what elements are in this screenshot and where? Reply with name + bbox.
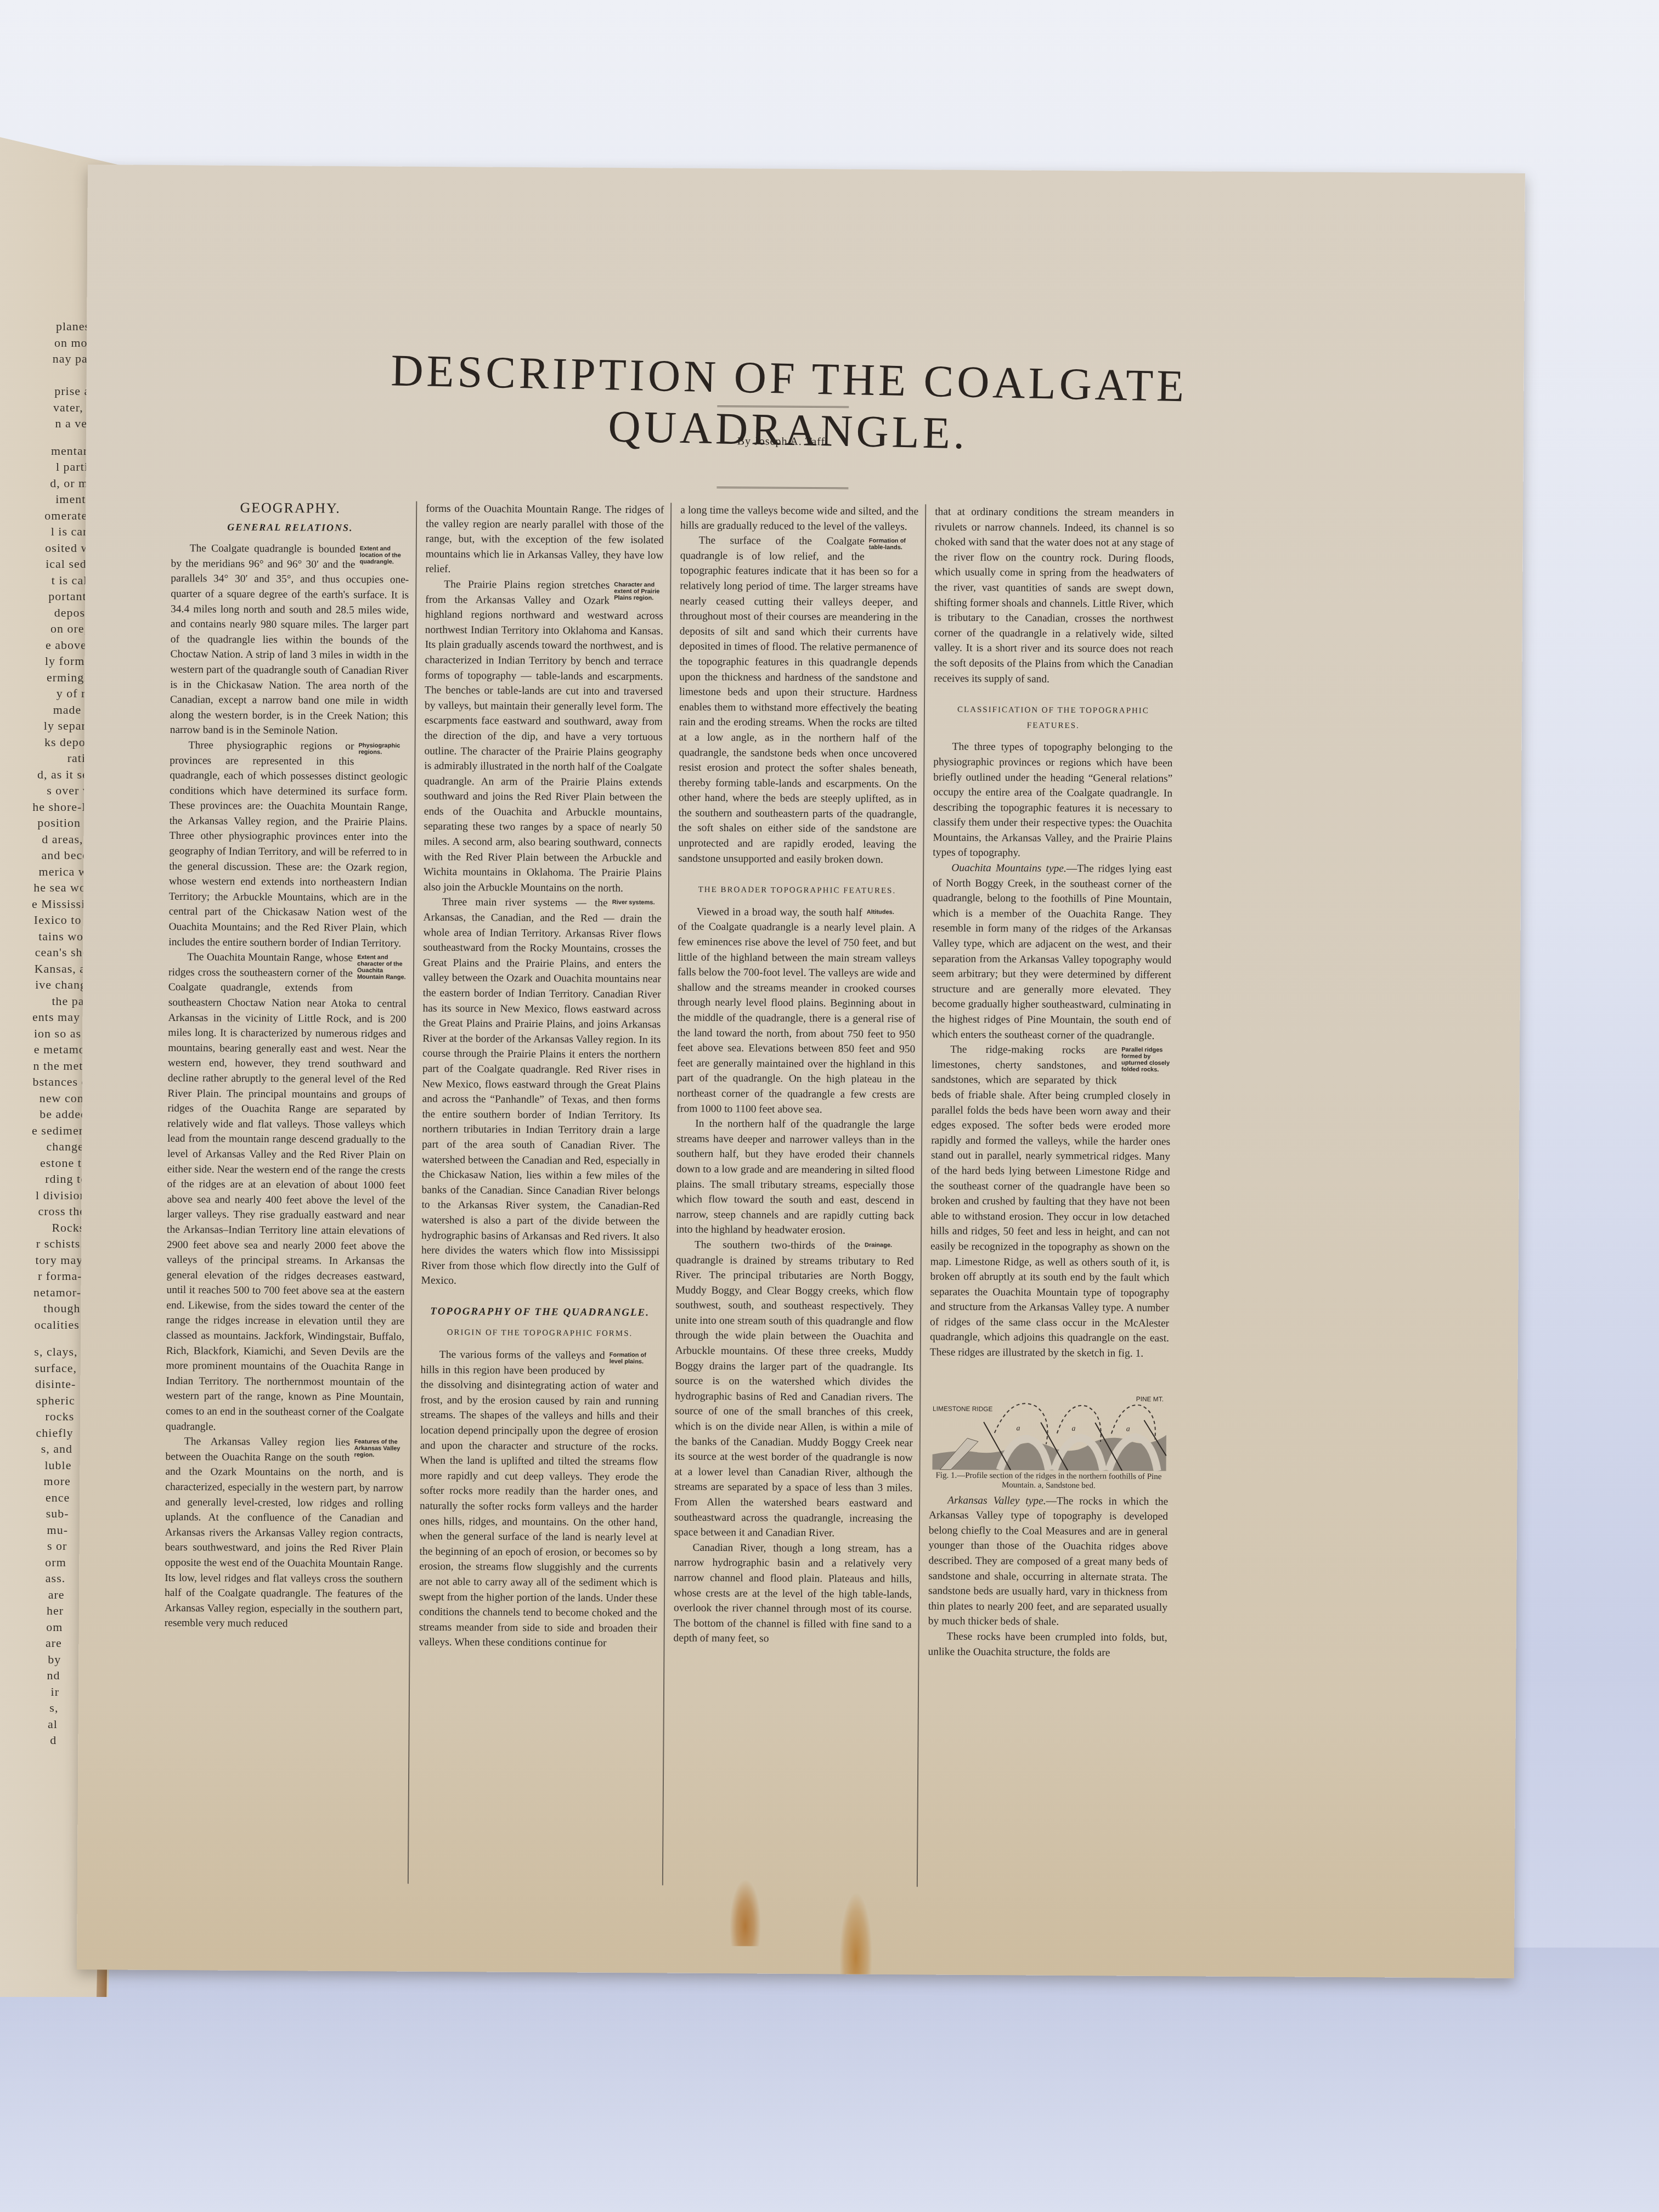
text-columns: GEOGRAPHY. GENERAL RELATIONS. Extent and… [154, 500, 1435, 1890]
paragraph: Parallel ridges formed by upturned close… [930, 1042, 1171, 1362]
paragraph-text: a long time the valleys become wide and … [680, 505, 918, 533]
paragraph: The three types of topography belonging … [933, 740, 1172, 862]
paragraph-text: The three types of topography belonging … [933, 741, 1172, 859]
paragraph-text: —The ridges lying east of North Boggy Cr… [932, 863, 1172, 1042]
column-3: a long time the valleys become wide and … [663, 503, 926, 1887]
paragraph: that at ordinary conditions the stream m… [934, 504, 1174, 687]
margin-note: Physiographic regions. [358, 742, 408, 756]
water-stain [730, 1880, 761, 1946]
figure-caption: Fig. 1.—Profile section of the ridges in… [929, 1471, 1168, 1491]
margin-note: Parallel ridges formed by upturned close… [1121, 1047, 1171, 1074]
column-4: that at ordinary conditions the stream m… [918, 504, 1181, 1888]
divider [717, 405, 849, 411]
paragraph-text: Three main river systems — the Arkansas,… [421, 896, 662, 1286]
margin-note: Extent and character of the Ouachita Mou… [357, 954, 407, 981]
paragraph-text: In the northern half of the quadrangle t… [676, 1118, 915, 1237]
svg-text:a: a [1072, 1425, 1076, 1433]
margin-note: Character and extent of Prairie Plains r… [614, 582, 663, 602]
section-heading-geography: GEOGRAPHY. [171, 500, 409, 516]
paragraph-text: The Ouachita Mountain Range, whose ridge… [166, 951, 407, 1432]
paragraph-text: The Prairie Plains region stretches from… [424, 579, 663, 894]
paragraph-text: The Coalgate quadrangle is bounded by th… [170, 543, 409, 737]
paragraph-list: Extent and location of the quadrangle.Th… [165, 541, 409, 1632]
figure-label-left: LIMESTONE RIDGE [933, 1404, 992, 1413]
subsection-heading-classification: CLASSIFICATION OF THE TOPOGRAPHIC FEATUR… [934, 703, 1173, 735]
paragraph: Altitudes.Viewed in a broad way, the sou… [676, 904, 916, 1118]
subsection-heading-origin: ORIGIN OF THE TOPOGRAPHIC FORMS. [421, 1325, 659, 1342]
section-heading-topography: TOPOGRAPHY OF THE QUADRANGLE. [421, 1304, 659, 1321]
paragraph-list: Formation of level plains.The various fo… [419, 1347, 658, 1652]
column-1: GEOGRAPHY. GENERAL RELATIONS. Extent and… [154, 500, 417, 1884]
paragraph: Extent and location of the quadrangle.Th… [170, 541, 409, 739]
run-in-heading: Arkansas Valley type. [947, 1494, 1046, 1506]
margin-note: Features of the Arkansas Valley region. [354, 1438, 404, 1459]
paragraph: Formation of table-lands.The surface of … [678, 533, 918, 868]
paragraph-text: forms of the Ouachita Mountain Range. Th… [425, 503, 664, 575]
paragraph-text: that at ordinary conditions the stream m… [934, 506, 1174, 685]
paragraph: Arkansas Valley type.—The rocks in which… [928, 1493, 1169, 1630]
paragraph-list: Altitudes.Viewed in a broad way, the sou… [674, 904, 916, 1647]
figure-1: LIMESTONE RIDGE PINE MT. a a a Fig. 1.—P… [929, 1372, 1169, 1491]
paragraph-text: These rocks have been crumpled into fold… [928, 1631, 1167, 1658]
paragraph-text: The ridge-making rocks are limestones, c… [930, 1044, 1171, 1359]
paragraph: Drainage.The southern two-thirds of the … [674, 1237, 914, 1542]
paragraph-list: forms of the Ouachita Mountain Range. Th… [421, 501, 664, 1290]
paragraph: In the northern half of the quadrangle t… [676, 1116, 915, 1239]
paragraph-list: that at ordinary conditions the stream m… [934, 504, 1174, 687]
paragraph: Canadian River, though a long stream, ha… [674, 1540, 912, 1647]
run-in-heading: Ouachita Mountains type. [951, 862, 1066, 874]
document-page: DESCRIPTION OF THE COALGATE QUADRANGLE. … [77, 165, 1525, 1978]
paragraph-text: The surface of the Coalgate quadrangle i… [678, 535, 918, 866]
paragraph-text: Viewed in a broad way, the south half of… [676, 906, 916, 1115]
paragraph: Formation of level plains.The various fo… [419, 1347, 658, 1652]
paragraph: Ouachita Mountains type.—The ridges lyin… [932, 860, 1172, 1043]
svg-text:a: a [1126, 1425, 1130, 1433]
paragraph-text: Canadian River, though a long stream, ha… [674, 1542, 912, 1645]
svg-text:a: a [1016, 1424, 1020, 1432]
paragraph-list: a long time the valleys become wide and … [678, 503, 918, 868]
column-2: forms of the Ouachita Mountain Range. Th… [409, 501, 672, 1886]
margin-note: River systems. [612, 899, 662, 906]
table-surface [0, 1948, 1659, 2212]
paragraph: a long time the valleys become wide and … [680, 503, 918, 535]
paragraph-text: —The rocks in which the Arkansas Valley … [928, 1495, 1168, 1628]
paragraph: These rocks have been crumpled into fold… [928, 1629, 1167, 1661]
paragraph-text: The various forms of the valleys and hil… [419, 1349, 658, 1649]
margin-note: Formation of table-lands. [869, 538, 918, 551]
paragraph: Extent and character of the Ouachita Mou… [166, 950, 407, 1436]
paragraph-text: Three physiographic regions or provinces… [168, 740, 408, 949]
author-byline: By Joseph A. Taff. [635, 435, 931, 449]
paragraph: Features of the Arkansas Valley region.T… [165, 1434, 404, 1632]
subsection-heading-general-relations: GENERAL RELATIONS. [171, 520, 409, 536]
paragraph-text: The southern two-thirds of the quadrangl… [674, 1239, 914, 1539]
margin-note: Formation of level plains. [610, 1352, 659, 1365]
margin-note: Drainage. [865, 1242, 914, 1249]
paragraph-list: The three types of topography belonging … [930, 740, 1173, 1362]
divider [716, 487, 848, 492]
paragraph: forms of the Ouachita Mountain Range. Th… [425, 501, 664, 579]
margin-note: Altitudes. [867, 909, 916, 916]
paragraph: Physiographic regions.Three physiographi… [168, 738, 408, 951]
paragraph: Character and extent of Prairie Plains r… [424, 577, 664, 896]
subsection-heading-broader-features: THE BROADER TOPOGRAPHIC FEATURES. [678, 883, 916, 899]
paragraph: River systems.Three main river systems —… [421, 895, 661, 1290]
paragraph-list: Arkansas Valley type.—The rocks in which… [928, 1493, 1168, 1661]
paragraph-text: The Arkansas Valley region lies between … [165, 1436, 404, 1629]
margin-note: Extent and location of the quadrangle. [360, 545, 409, 566]
ridge-profile-diagram: LIMESTONE RIDGE PINE MT. a a a [929, 1372, 1169, 1472]
figure-label-right: PINE MT. [1136, 1395, 1164, 1403]
